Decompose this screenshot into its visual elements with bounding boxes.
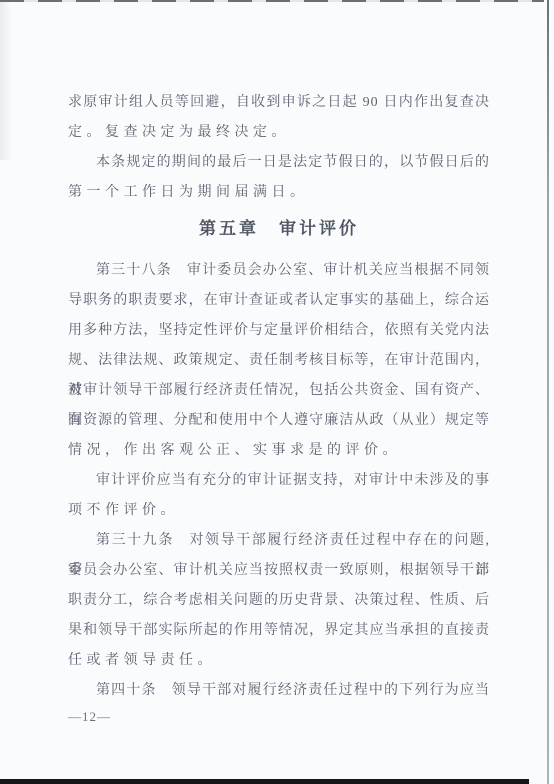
text-line: 用多种方法，坚持定性评价与定量评价相结合，依照有关党内法 xyxy=(68,316,490,346)
text-line: 第三十九条 对领导干部履行经济责任过程中存在的问题,审计 xyxy=(68,526,490,556)
text-line: 规、法律法规、政策规定、责任制考核目标等，在审计范围内，对 xyxy=(68,346,490,376)
text-line: 果和领导干部实际所起的作用等情况，界定其应当承担的直接责 xyxy=(68,616,490,646)
document-page: 求原审计组人员等回避，自收到申诉之日起 90 日内作出复查决 定。复查决定为最终… xyxy=(0,0,554,784)
scan-right-edge xyxy=(547,0,549,784)
text-line: 本条规定的期间的最后一日是法定节假日的，以节假日后的 xyxy=(68,148,490,178)
text-line: 有资源的管理、分配和使用中个人遵守廉洁从政（从业）规定等 xyxy=(68,406,490,436)
scan-top-edge xyxy=(0,0,544,2)
text-line: 第一个工作日为期间届满日。 xyxy=(68,178,490,208)
text-line: 委员会办公室、审计机关应当按照权责一致原则，根据领导干部 xyxy=(68,556,490,586)
text-line: 职责分工，综合考虑相关问题的历史背景、决策过程、性质、后 xyxy=(68,586,490,616)
text-line: 求原审计组人员等回避，自收到申诉之日起 90 日内作出复查决 xyxy=(68,88,490,118)
text-line: 情况，作出客观公正、实事求是的评价。 xyxy=(68,436,490,466)
page-number: —12— xyxy=(68,706,490,728)
text-line: 第三十八条 审计委员会办公室、审计机关应当根据不同领 xyxy=(68,256,490,286)
text-line: 第四十条 领导干部对履行经济责任过程中的下列行为应当 xyxy=(68,676,490,706)
chapter-heading: 第五章 审计评价 xyxy=(68,214,490,244)
scan-shading xyxy=(0,0,12,160)
text-line: 项不作评价。 xyxy=(68,496,490,526)
text-line: 审计评价应当有充分的审计证据支持，对审计中未涉及的事 xyxy=(68,466,490,496)
text-line: 导职务的职责要求，在审计查证或者认定事实的基础上，综合运 xyxy=(68,286,490,316)
text-line: 被审计领导干部履行经济责任情况，包括公共资金、国有资产、国 xyxy=(68,376,490,406)
text-line: 任或者领导责任。 xyxy=(68,646,490,676)
text-line: 定。复查决定为最终决定。 xyxy=(68,118,490,148)
scan-bottom-edge xyxy=(0,779,529,784)
